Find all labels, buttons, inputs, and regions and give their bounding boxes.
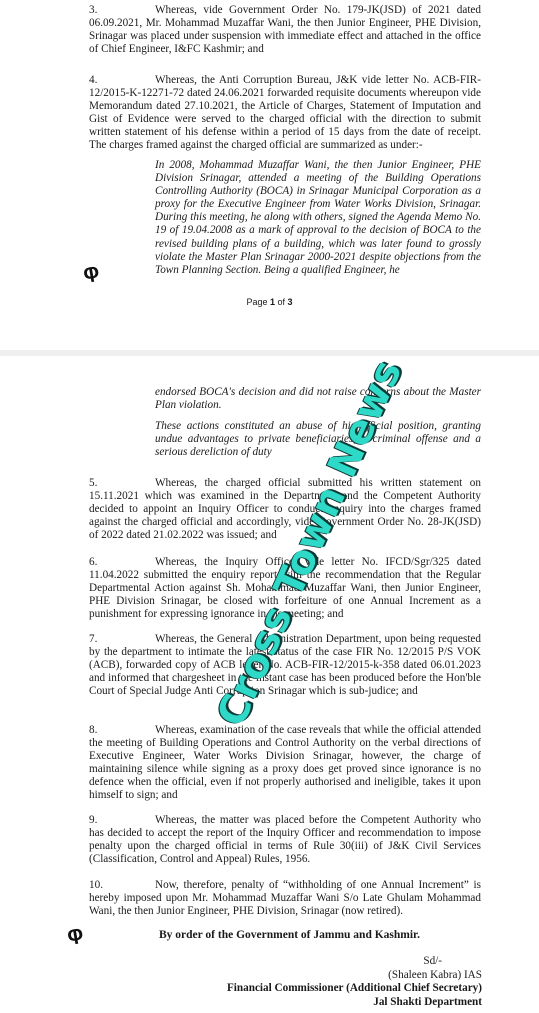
charges-summary-quote-continued: endorsed BOCA's decision and did not rai… <box>155 386 481 412</box>
paragraph-number: 7. <box>89 633 155 646</box>
paragraph-8: 8.Whereas, examination of the case revea… <box>89 724 481 803</box>
initials-signature-mark: Ⴔ <box>82 265 101 288</box>
page-of: of <box>278 297 286 307</box>
paragraph-4: 4.Whereas, the Anti Corruption Bureau, J… <box>89 74 481 153</box>
charges-summary-quote: In 2008, Mohammad Muzaffar Wani, the the… <box>155 159 481 277</box>
paragraph-number: 5. <box>89 477 155 490</box>
paragraph-7: 7.Whereas, the General Administration De… <box>89 633 481 698</box>
paragraph-number: 8. <box>89 724 155 737</box>
charges-summary-quote-2: These actions constituted an abuse of hi… <box>155 420 481 459</box>
paragraph-10: 10.Now, therefore, penalty of “withholdi… <box>89 879 481 918</box>
page-number: Page 1 of 3 <box>0 297 539 307</box>
signature-sd: Sd/- <box>227 955 442 969</box>
order-line: By order of the Government of Jammu and … <box>0 929 539 941</box>
paragraph-6: 6.Whereas, the Inquiry Officer vide lett… <box>89 556 481 621</box>
page-total: 3 <box>288 297 293 307</box>
document-page-1: 3.Whereas, vide Government Order No. 179… <box>0 0 539 350</box>
signature-block: Sd/- (Shaleen Kabra) IAS Financial Commi… <box>227 955 482 1009</box>
signatory-designation: Financial Commissioner (Additional Chief… <box>227 982 482 996</box>
paragraph-9: 9.Whereas, the matter was placed before … <box>89 814 481 866</box>
paragraph-number: 3. <box>89 4 155 17</box>
paragraph-number: 4. <box>89 74 155 87</box>
paragraph-number: 10. <box>89 879 155 892</box>
paragraph-number: 6. <box>89 556 155 569</box>
page-label: Page <box>246 297 267 307</box>
page-current: 1 <box>270 297 275 307</box>
paragraph-5: 5.Whereas, the charged official submitte… <box>89 477 481 542</box>
paragraph-number: 9. <box>89 814 155 827</box>
signatory-department: Jal Shakti Department <box>227 996 482 1010</box>
paragraph-3: 3.Whereas, vide Government Order No. 179… <box>89 4 481 56</box>
signatory-name: (Shaleen Kabra) IAS <box>227 969 482 983</box>
